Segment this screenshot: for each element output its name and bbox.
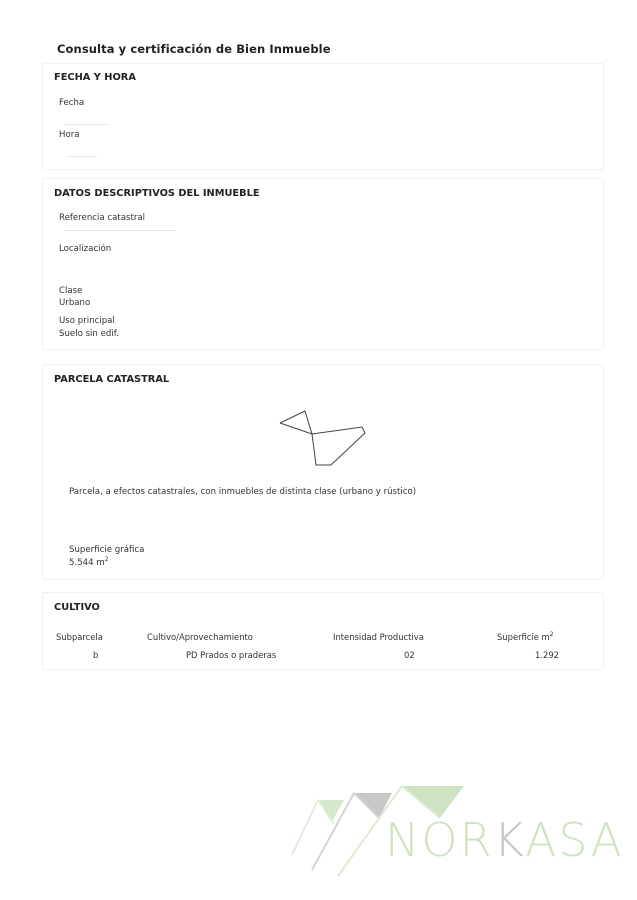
parcela-note: Parcela, a efectos catastrales, con inmu… [69,487,416,497]
cell-superficie: 1.292 [535,650,559,660]
hora-label: Hora [59,130,80,140]
document-title: Consulta y certificación de Bien Inmuebl… [57,42,331,56]
parcel-outline-icon [275,409,375,473]
cell-intensidad: 02 [404,650,415,660]
section-fecha-hora: FECHA Y HORA Fecha Hora [42,63,604,170]
clase-value: Urbano [59,298,90,308]
column-header-superficie: Superficie m2 [497,632,554,642]
column-header-cultivo: Cultivo/Aprovechamiento [147,632,253,642]
section-datos-descriptivos: DATOS DESCRIPTIVOS DEL INMUEBLE Referenc… [42,178,604,350]
logo-wordmark: NORKASA [385,817,624,863]
superficie-grafica-label: Superficie gráfica [69,545,144,555]
fecha-redacted [65,124,109,125]
uso-value: Suelo sin edif. [59,329,119,339]
hora-redacted [67,156,97,157]
section-parcela-catastral: PARCELA CATASTRAL Parcela, a efectos cat… [42,364,604,580]
fecha-label: Fecha [59,98,84,108]
cell-cultivo: PD Prados o praderas [186,650,276,660]
uso-label: Uso principal [59,316,115,326]
section-heading: DATOS DESCRIPTIVOS DEL INMUEBLE [54,188,260,199]
referencia-label: Referencia catastral [59,213,145,223]
section-heading: FECHA Y HORA [54,72,136,83]
column-header-subparcela: Subparcela [56,632,103,642]
section-heading: PARCELA CATASTRAL [54,374,169,385]
column-header-intensidad: Intensidad Productiva [333,632,424,642]
superficie-grafica-value: 5.544 m2 [69,558,109,568]
cell-subparcela: b [93,650,98,660]
referencia-redacted [65,230,175,231]
section-heading: CULTIVO [54,602,100,613]
clase-label: Clase [59,286,82,296]
localizacion-label: Localización [59,244,111,254]
section-cultivo: CULTIVO Subparcela Cultivo/Aprovechamien… [42,592,604,670]
